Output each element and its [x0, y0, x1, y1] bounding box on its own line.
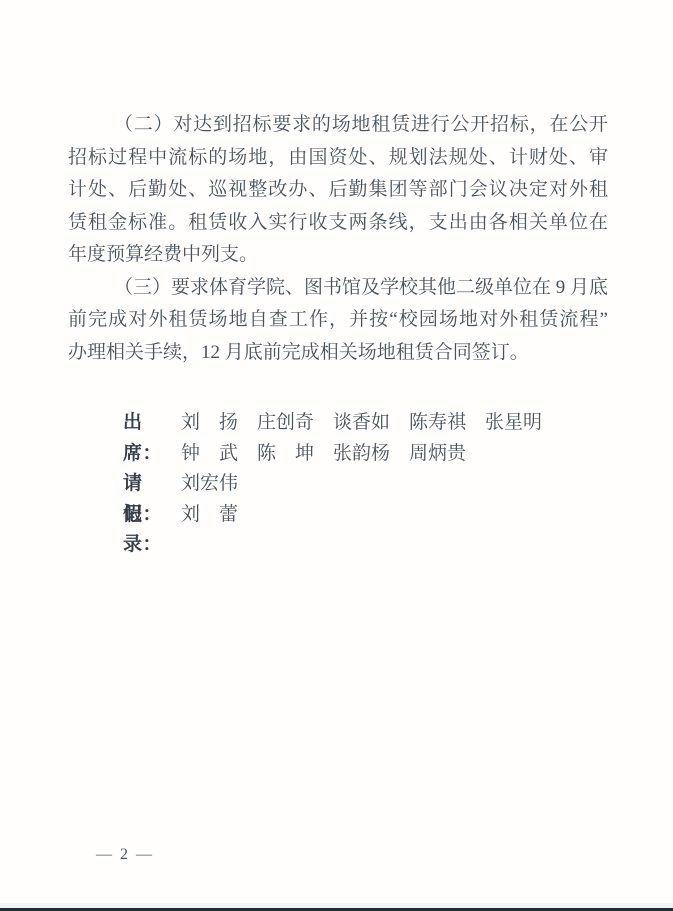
page-number: — 2 —	[96, 845, 154, 865]
present-names-row-1: 刘 扬 庄创奇 谈香如 陈寿祺 张星明	[181, 408, 603, 439]
paragraph-2-line-3: 计处、后勤处、巡视整改办、后勤集团等部门会议决定对外租	[68, 174, 608, 207]
present-label: 出席：	[123, 408, 181, 439]
recorder-label: 记录：	[123, 500, 181, 531]
paragraph-2-line-2: 招标过程中流标的场地，由国资处、规划法规处、计财处、审	[68, 142, 608, 175]
paragraph-2-line-5: 年度预算经费中列支。	[68, 239, 608, 272]
present-label-spacer	[123, 439, 181, 470]
paragraph-3-line-1: （三）要求体育学院、图书馆及学校其他二级单位在 9 月底	[68, 272, 608, 305]
leave-label: 请假：	[123, 469, 181, 500]
attendance-recorder-row: 记录： 刘 蕾	[123, 500, 603, 531]
paragraph-2-line-1: （二）对达到招标要求的场地租赁进行公开招标，在公开	[68, 109, 608, 142]
attendance-present-row-1: 出席： 刘 扬 庄创奇 谈香如 陈寿祺 张星明	[123, 408, 603, 439]
leave-names: 刘宏伟	[181, 469, 603, 500]
attendance-present-row-2: 钟 武 陈 坤 张韵杨 周炳贵	[123, 439, 603, 470]
paragraph-2-line-4: 赁租金标准。租赁收入实行收支两条线，支出由各相关单位在	[68, 207, 608, 240]
document-body: （二）对达到招标要求的场地租赁进行公开招标，在公开 招标过程中流标的场地，由国资…	[68, 109, 608, 369]
paragraph-3-line-2: 前完成对外租赁场地自查工作，并按“校园场地对外租赁流程”	[68, 304, 608, 337]
scanned-document-page: （二）对达到招标要求的场地租赁进行公开招标，在公开 招标过程中流标的场地，由国资…	[0, 0, 673, 911]
paragraph-3-line-3: 办理相关手续，12 月底前完成相关场地租赁合同签订。	[68, 337, 608, 370]
recorder-names: 刘 蕾	[181, 500, 603, 531]
attendance-block: 出席： 刘 扬 庄创奇 谈香如 陈寿祺 张星明 钟 武 陈 坤 张韵杨 周炳贵 …	[123, 408, 603, 530]
attendance-leave-row: 请假： 刘宏伟	[123, 469, 603, 500]
present-names-row-2: 钟 武 陈 坤 张韵杨 周炳贵	[181, 439, 603, 470]
